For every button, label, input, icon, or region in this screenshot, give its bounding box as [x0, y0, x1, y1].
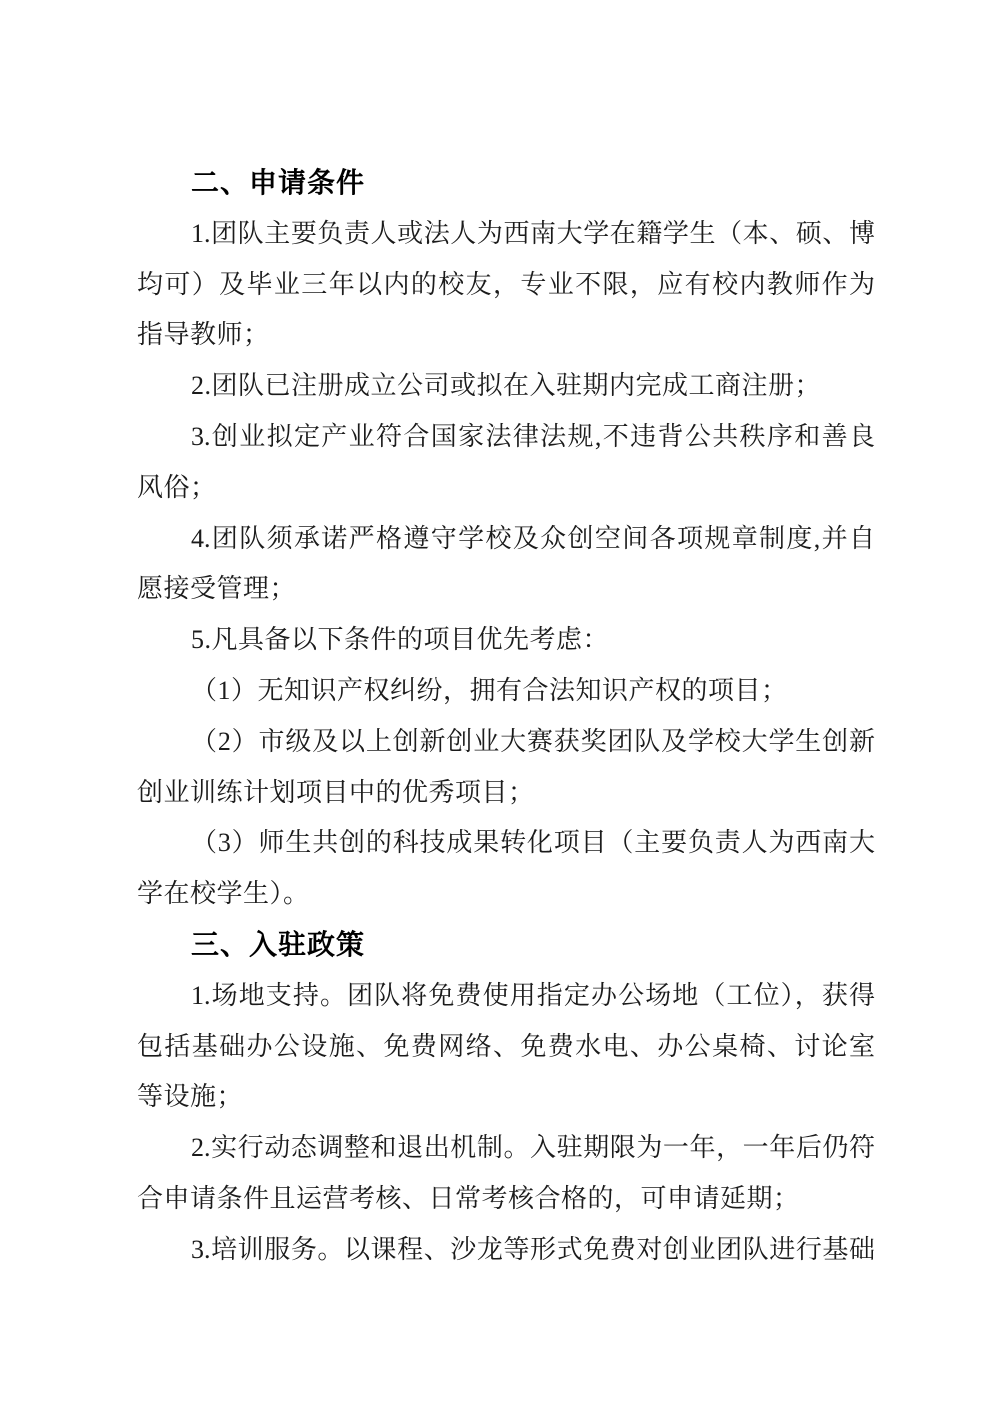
text-line: 4.团队须承诺严格遵守学校及众创空间各项规章制度,并自 [137, 514, 875, 565]
text-line: 2.实行动态调整和退出机制。入驻期限为一年，一年后仍符 [137, 1123, 875, 1174]
text-line: 均可）及毕业三年以内的校友，专业不限，应有校内教师作为 [137, 260, 875, 311]
text-line: 等设施； [137, 1072, 875, 1123]
text-line: 包括基础办公设施、免费网络、免费水电、办公桌椅、讨论室 [137, 1022, 875, 1073]
text-line: 1.场地支持。团队将免费使用指定办公场地（工位），获得 [137, 971, 875, 1022]
text-line: （1）无知识产权纠纷，拥有合法知识产权的项目； [137, 666, 875, 717]
text-line: 风俗； [137, 463, 875, 514]
text-line: （2）市级及以上创新创业大赛获奖团队及学校大学生创新 [137, 717, 875, 768]
document-body: 二、申请条件 1.团队主要负责人或法人为西南大学在籍学生（本、硕、博 均可）及毕… [137, 158, 875, 1276]
text-line: 指导教师； [137, 310, 875, 361]
text-line: 3.培训服务。以课程、沙龙等形式免费对创业团队进行基础 [137, 1225, 875, 1276]
section-heading-application-requirements: 二、申请条件 [137, 158, 875, 209]
text-line: 3.创业拟定产业符合国家法律法规,不违背公共秩序和善良 [137, 412, 875, 463]
section-heading-residency-policy: 三、入驻政策 [137, 920, 875, 971]
text-line: 合申请条件且运营考核、日常考核合格的，可申请延期； [137, 1174, 875, 1225]
text-line: 学在校学生）。 [137, 869, 875, 920]
text-line: 2.团队已注册成立公司或拟在入驻期内完成工商注册； [137, 361, 875, 412]
text-line: 1.团队主要负责人或法人为西南大学在籍学生（本、硕、博 [137, 209, 875, 260]
text-line: 5.凡具备以下条件的项目优先考虑： [137, 615, 875, 666]
text-line: （3）师生共创的科技成果转化项目（主要负责人为西南大 [137, 818, 875, 869]
text-line: 愿接受管理； [137, 564, 875, 615]
text-line: 创业训练计划项目中的优秀项目； [137, 768, 875, 819]
document-page: 二、申请条件 1.团队主要负责人或法人为西南大学在籍学生（本、硕、博 均可）及毕… [0, 0, 1000, 1414]
